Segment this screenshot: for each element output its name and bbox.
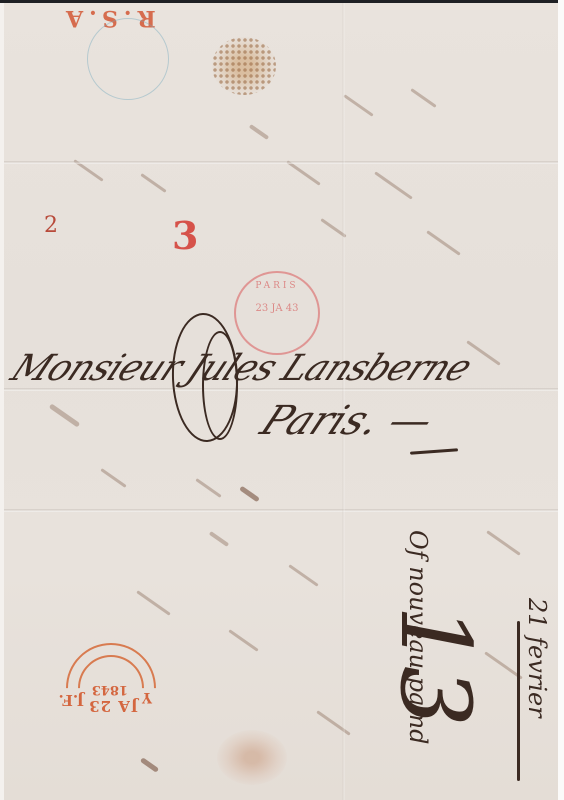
bleed-stroke bbox=[249, 124, 269, 140]
wax-seal-remnant-bottom bbox=[217, 730, 287, 785]
postmark-code-left: Y bbox=[142, 689, 152, 705]
side-note-date: 21 fevrier bbox=[523, 598, 551, 718]
bleed-stroke bbox=[209, 531, 229, 547]
bleed-stroke bbox=[136, 590, 170, 615]
postmark-day-month: JA 23 bbox=[88, 697, 138, 715]
address-city: Paris. — bbox=[253, 398, 441, 444]
bleed-stroke bbox=[195, 478, 221, 498]
horizontal-fold bbox=[2, 509, 560, 512]
paper-edge-right bbox=[558, 0, 564, 800]
bleed-stroke bbox=[410, 88, 436, 108]
postmark-year: 1843 bbox=[92, 682, 128, 697]
address-recipient: Monsieur Jules Lansberne bbox=[4, 348, 477, 389]
letter-sheet: R.S.A 2 3 PARIS 23 JA 43 JA 23 1843 Y J.… bbox=[2, 3, 560, 800]
bleed-stroke bbox=[343, 94, 373, 117]
side-note-underline bbox=[517, 621, 520, 781]
dated-circular-postmark: JA 23 1843 Y J.F. bbox=[66, 643, 156, 733]
bleed-stroke bbox=[140, 757, 159, 773]
bleed-stroke bbox=[239, 486, 260, 503]
numeral-handstamp: 3 bbox=[172, 213, 198, 258]
paper-edge-left bbox=[0, 3, 4, 800]
bleed-stroke bbox=[286, 160, 320, 185]
address-underline-dash bbox=[410, 448, 458, 454]
bleed-stroke bbox=[316, 710, 350, 735]
bleed-stroke bbox=[100, 468, 126, 488]
paris-arrival-postmark: PARIS 23 JA 43 bbox=[234, 271, 320, 355]
bleed-stroke bbox=[374, 171, 413, 199]
blue-cds-postmark bbox=[87, 18, 169, 100]
bleed-stroke bbox=[49, 403, 81, 427]
bleed-stroke bbox=[288, 564, 318, 587]
bleed-stroke bbox=[486, 530, 520, 555]
horizontal-fold bbox=[2, 161, 560, 164]
postmark-date: 23 JA 43 bbox=[236, 303, 318, 314]
wax-seal-remnant-top bbox=[212, 37, 276, 95]
postmark-ring-text: PARIS bbox=[236, 281, 318, 291]
postmark-code-right: J.F. bbox=[58, 691, 84, 709]
red-crayon-mark: 2 bbox=[44, 213, 58, 238]
manuscript-numeral: 13 bbox=[387, 605, 483, 727]
bleed-stroke bbox=[228, 629, 258, 652]
bleed-stroke bbox=[140, 173, 166, 193]
bleed-stroke bbox=[426, 230, 460, 255]
